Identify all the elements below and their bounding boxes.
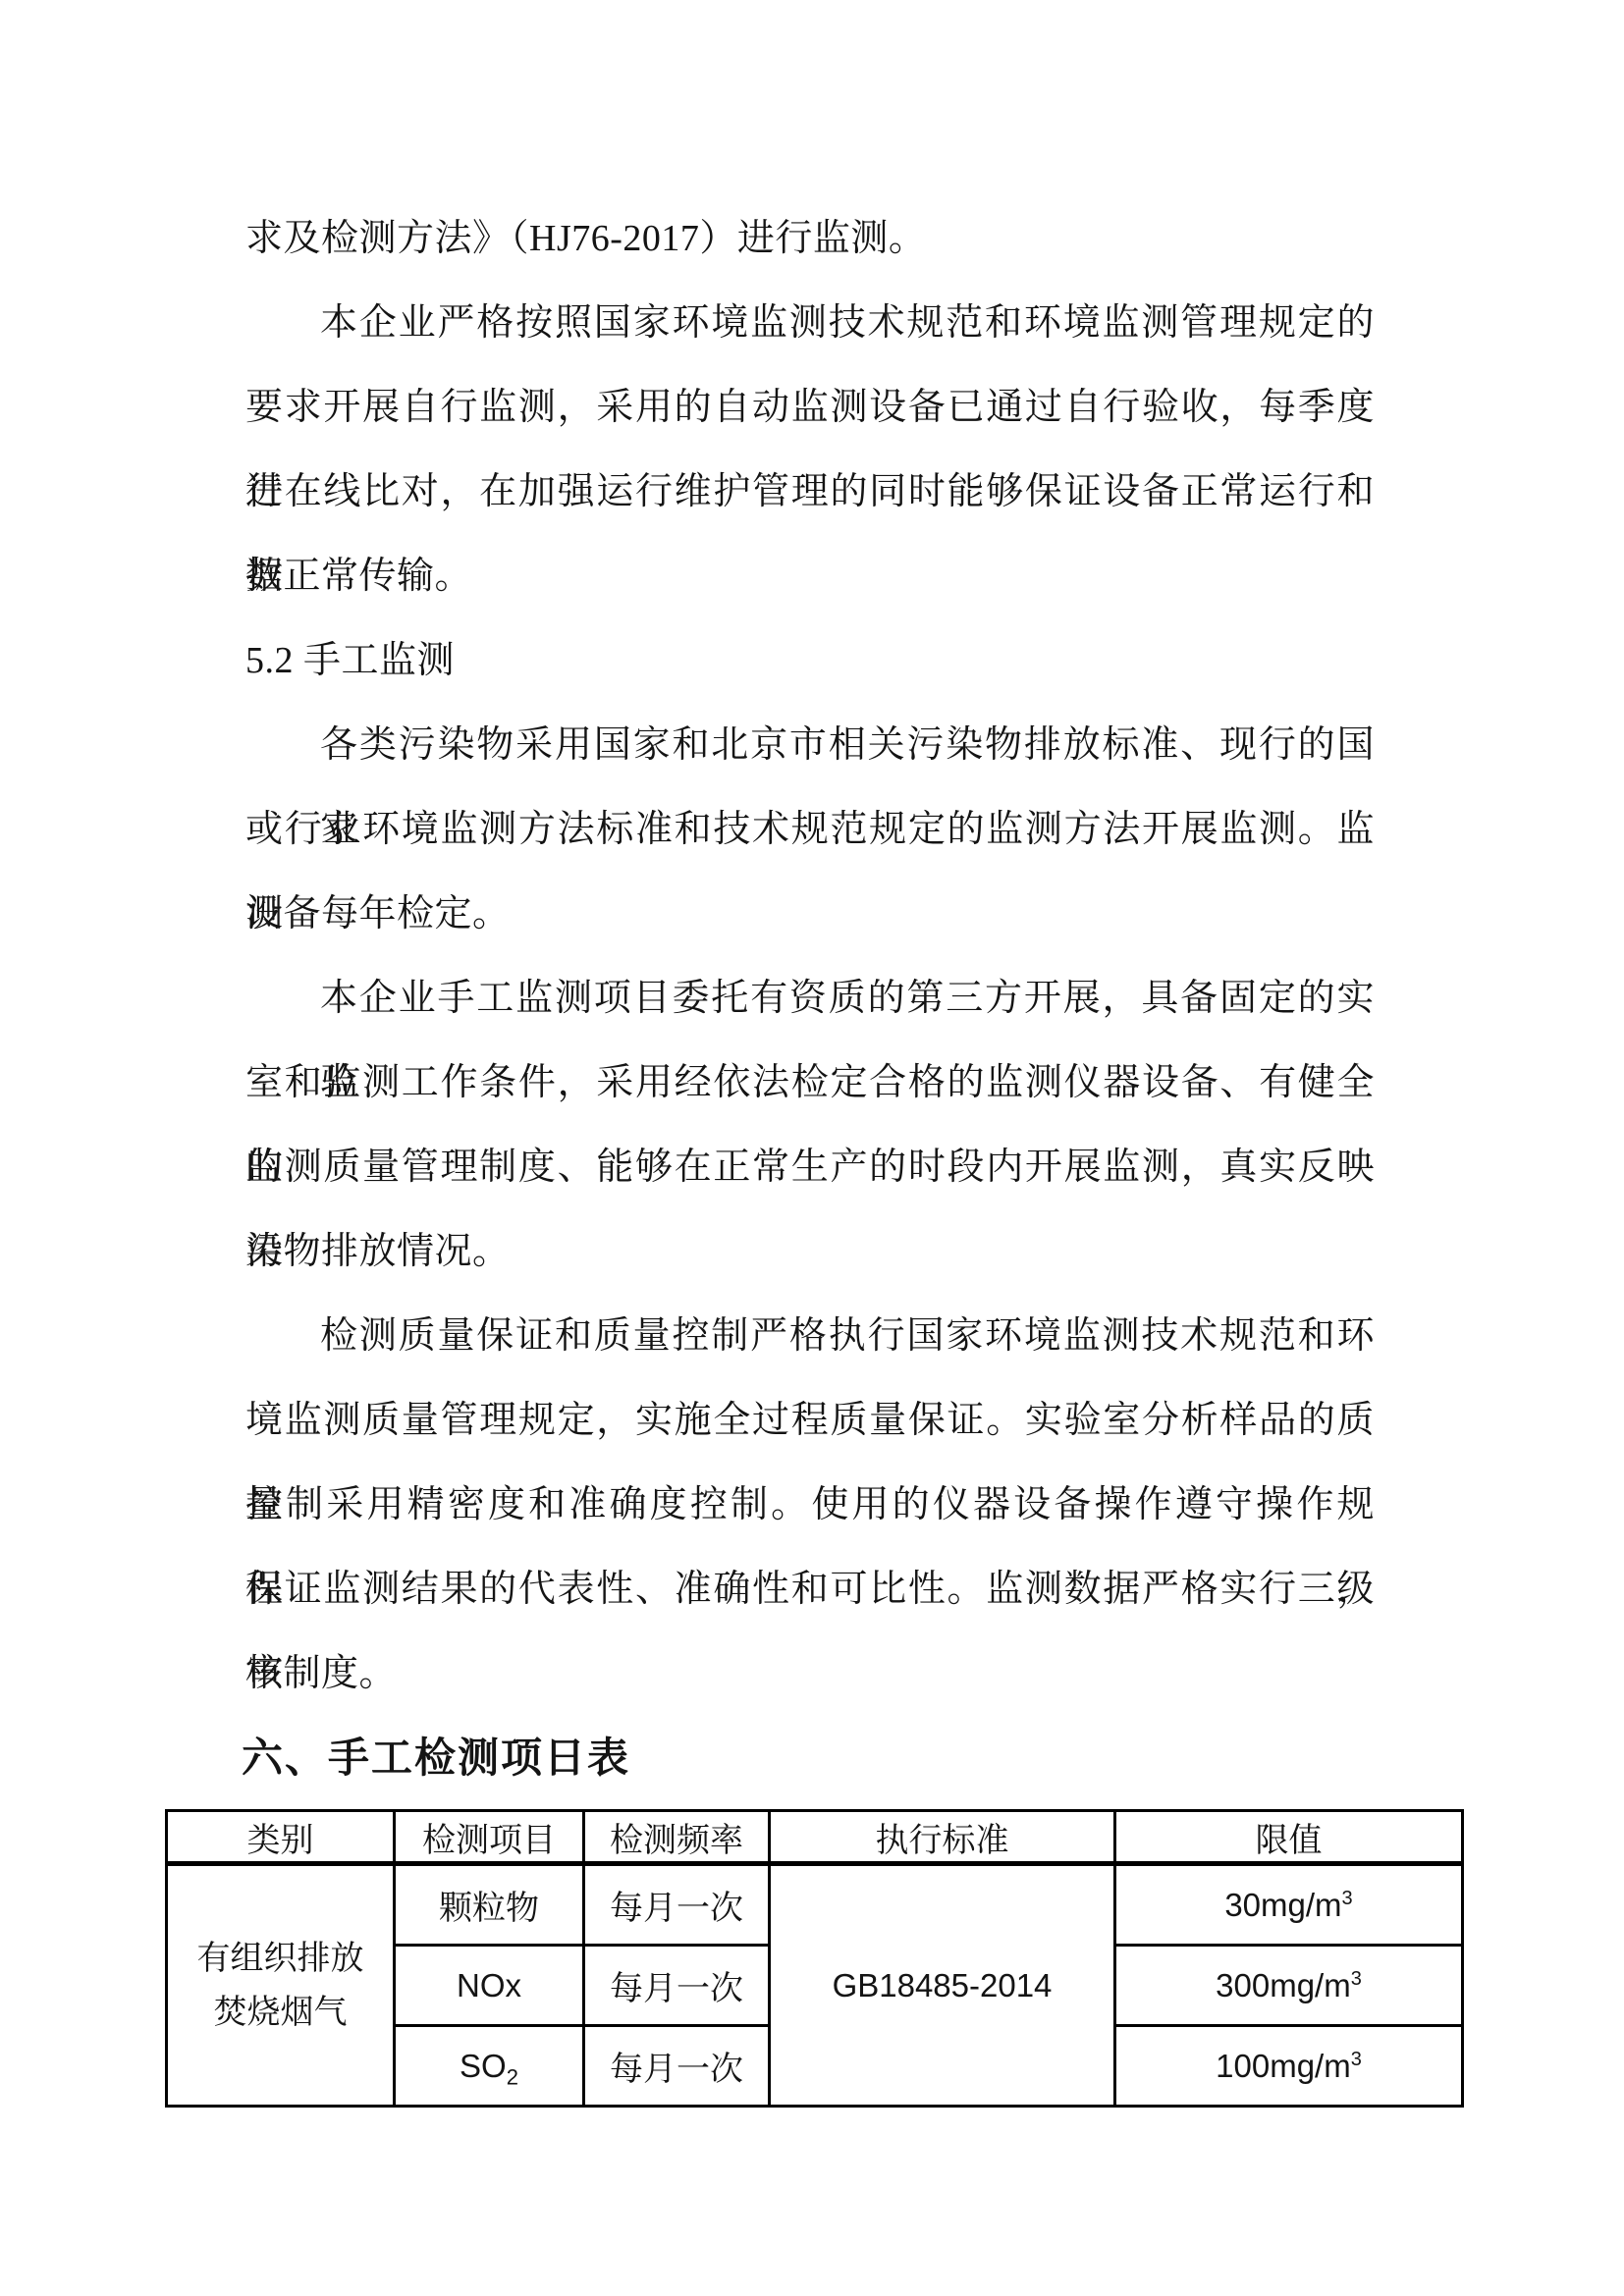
text-line: 要求开展自行监测，采用的自动监测设备已通过自行验收，每季度进 bbox=[245, 365, 1375, 450]
cell-frequency: 每月一次 bbox=[584, 1864, 770, 1946]
cell-standard: GB18485-2014 bbox=[770, 1864, 1115, 2107]
cell-item: NOx bbox=[395, 1946, 584, 2026]
section-heading: 六、手工检测项日表 bbox=[242, 1728, 1375, 1790]
text-line: 控制采用精密度和准确度控制。使用的仪器设备操作遵守操作规程， bbox=[245, 1463, 1375, 1547]
text-line: 染物排放情况。 bbox=[245, 1209, 1375, 1294]
category-line: 有组织排放 bbox=[168, 1932, 393, 1986]
limit-exponent: 3 bbox=[1351, 1968, 1362, 1990]
col-header-standard: 执行标准 bbox=[770, 1811, 1115, 1864]
text-line: 或行业环境监测方法标准和技术规范规定的监测方法开展监测。监测 bbox=[245, 787, 1375, 872]
body-text: 求及检测方法》（HJ76-2017）进行监测。本企业严格按照国家环境监测技术规范… bbox=[245, 196, 1375, 1790]
limit-value: 300mg/m bbox=[1216, 1967, 1351, 2003]
text-line: 室和监测工作条件，采用经依法检定合格的监测仪器设备、有健全的 bbox=[245, 1041, 1375, 1125]
cell-limit: 30mg/m3 bbox=[1115, 1864, 1463, 1946]
text-line: 据正常传输。 bbox=[245, 534, 1375, 618]
text-line: 本企业严格按照国家环境监测技术规范和环境监测管理规定的 bbox=[245, 281, 1375, 365]
text-line: 求及检测方法》（HJ76-2017）进行监测。 bbox=[245, 196, 1375, 281]
col-header-category: 类别 bbox=[167, 1811, 395, 1864]
text-line: 行在线比对，在加强运行维护管理的同时能够保证设备正常运行和数 bbox=[245, 450, 1375, 534]
cell-limit: 100mg/m3 bbox=[1115, 2026, 1463, 2107]
cell-frequency: 每月一次 bbox=[584, 2026, 770, 2107]
col-header-limit: 限值 bbox=[1115, 1811, 1463, 1864]
limit-value: 30mg/m bbox=[1224, 1887, 1341, 1923]
text-line: 保证监测结果的代表性、准确性和可比性。监测数据严格实行三级审 bbox=[245, 1547, 1375, 1631]
category-line: 焚烧烟气 bbox=[168, 1986, 393, 2040]
manual-monitoring-table: 类别 检测项目 检测频率 执行标准 限值 有组织排放 焚烧烟气 颗粒物 每月一次… bbox=[165, 1809, 1464, 2108]
text-line: 境监测质量管理规定，实施全过程质量保证。实验室分析样品的质量 bbox=[245, 1378, 1375, 1463]
text-line: 各类污染物采用国家和北京市相关污染物排放标准、现行的国家 bbox=[245, 703, 1375, 787]
limit-value: 100mg/m bbox=[1216, 2048, 1351, 2084]
cell-frequency: 每月一次 bbox=[584, 1946, 770, 2026]
text-line: 本企业手工监测项目委托有资质的第三方开展，具备固定的实验 bbox=[245, 956, 1375, 1041]
cell-category: 有组织排放 焚烧烟气 bbox=[167, 1864, 395, 2107]
text-line: 监测质量管理制度、能够在正常生产的时段内开展监测，真实反映污 bbox=[245, 1125, 1375, 1209]
limit-exponent: 3 bbox=[1351, 2049, 1362, 2070]
limit-exponent: 3 bbox=[1342, 1888, 1353, 1909]
col-header-frequency: 检测频率 bbox=[584, 1811, 770, 1864]
text-line: 核制度。 bbox=[245, 1631, 1375, 1716]
table-row: 有组织排放 焚烧烟气 颗粒物 每月一次 GB18485-2014 30mg/m3 bbox=[167, 1864, 1463, 1946]
text-line: 检测质量保证和质量控制严格执行国家环境监测技术规范和环 bbox=[245, 1294, 1375, 1378]
text-line: 设备每年检定。 bbox=[245, 872, 1375, 956]
cell-limit: 300mg/m3 bbox=[1115, 1946, 1463, 2026]
document-page: 求及检测方法》（HJ76-2017）进行监测。本企业严格按照国家环境监测技术规范… bbox=[0, 0, 1624, 2296]
item-name: SO bbox=[460, 2048, 507, 2084]
col-header-item: 检测项目 bbox=[395, 1811, 584, 1864]
table-header-row: 类别 检测项目 检测频率 执行标准 限值 bbox=[167, 1811, 1463, 1864]
subsection-heading: 5.2 手工监测 bbox=[245, 618, 1375, 703]
cell-item: SO2 bbox=[395, 2026, 584, 2107]
cell-item: 颗粒物 bbox=[395, 1864, 584, 1946]
item-subscript: 2 bbox=[507, 2064, 518, 2089]
